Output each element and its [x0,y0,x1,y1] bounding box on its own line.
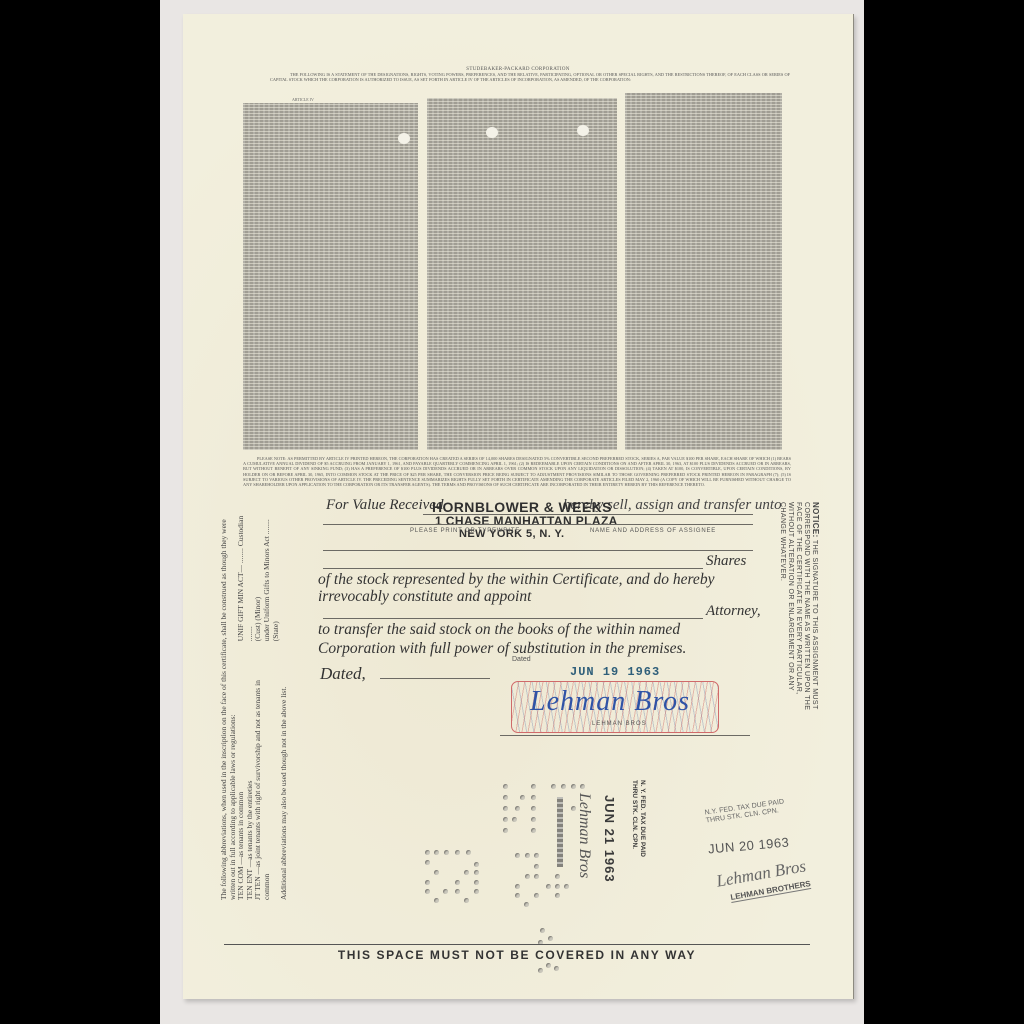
abbreviation-item: JT TEN —as joint tenants with right of s… [254,671,271,900]
signature-notice: NOTICE: THE SIGNATURE TO THIS ASSIGNMENT… [778,502,819,712]
assignee-line-1 [423,514,753,515]
tax-stamp-line2: THRU STK. CLN. CPN. [630,780,638,857]
stock-represented-text: of the stock represented by the within C… [318,571,714,589]
abbreviations-legend: The following abbreviations, when used i… [220,510,300,900]
dated-label: Dated, [320,664,366,684]
irrevocably-appoint-text: irrevocably constitute and appoint [318,588,531,606]
article-iv-column-2 [427,98,617,450]
article-iv-column-1 [243,103,418,450]
shares-line [323,568,703,569]
attorney-label: Attorney, [706,603,761,620]
punch-hole [398,133,410,144]
tax-paid-stamp-middle: N. Y. FED. TAX DUE PAID THRU STK. CLN. C… [630,780,646,857]
dated-small-label: Dated [512,656,531,663]
tax-stamp-date-middle: JUN 21 1963 [602,795,617,883]
do-not-cover-warning: THIS SPACE MUST NOT BE COVERED IN ANY WA… [224,948,810,962]
assignee-line-2 [323,524,753,525]
signature-line [500,735,750,736]
abbreviations-intro: The following abbreviations, when used i… [220,510,237,900]
assignee-line-3 [323,550,753,551]
assignee-address-label: NAME AND ADDRESS OF ASSIGNEE [590,528,716,534]
unif-gift-state: (State) [272,510,281,641]
bottom-rule [224,944,810,945]
additional-abbreviations-note: Additional abbreviations may also be use… [280,510,289,900]
for-value-received-label: For Value Received [326,497,443,514]
guarantor-signature: Lehman Bros [530,686,690,718]
cancellation-bar-mark [557,797,563,867]
article-label: ARTICLE IV [292,97,314,102]
notice-label: NOTICE: [811,502,820,538]
article-iv-column-3 [625,93,782,450]
corporation-substitution-text: Corporation with full power of substitut… [318,640,686,658]
tax-stamp-signature-middle: Lehman Bros [575,793,593,878]
attorney-line [323,618,703,619]
print-name-label: PLEASE PRINT OR TYPEWRITE [410,528,520,534]
transfer-stock-text: to transfer the said stock on the books … [318,621,680,639]
punch-hole [486,127,498,138]
tax-stamp-line1: N. Y. FED. TAX DUE PAID [638,780,646,857]
assignee-stamp-address: 1 CHASE MANHATTAN PLAZA [435,514,618,528]
unif-gift-line: UNIF GIFT MIN ACT— ........ Custodian ..… [237,510,254,641]
assignee-stamp-name: HORNBLOWER & WEEKS [432,499,612,515]
signature-guarantee-stamp: Lehman Bros LEHMAN BROS [511,681,719,733]
dated-line [380,678,490,679]
designations-intro: THE FOLLOWING IS A STATEMENT OF THE DESI… [270,72,790,82]
punch-hole [577,125,589,136]
shares-label: Shares [706,553,746,570]
dated-stamp: JUN 19 1963 [570,665,660,679]
guarantor-label: LEHMAN BROS [592,721,647,727]
please-note-paragraph: PLEASE NOTE: AS PERMITTED BY ARTICLE IV … [243,456,791,487]
